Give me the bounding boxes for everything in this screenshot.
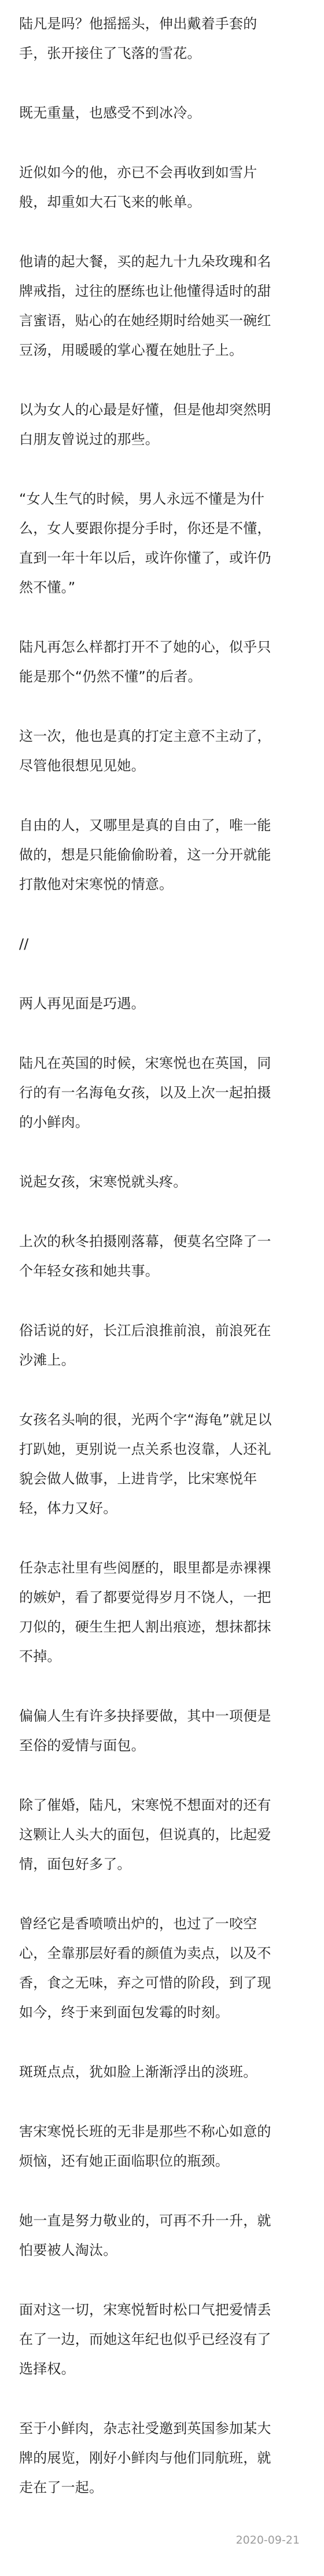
story-paragraph: 陆凡再怎么样都打开不了她的心，似乎只能是那个“仍然不懂”的后者。	[19, 633, 277, 692]
story-paragraph: 说起女孩，宋寒悦就头疼。	[19, 1167, 277, 1197]
story-paragraph: 俗话说的好，长江后浪推前浪，前浪死在沙滩上。	[19, 1316, 277, 1375]
story-paragraph: 上次的秋冬拍摄刚落幕，便莫名空降了一个年轻女孩和她共事。	[19, 1227, 277, 1286]
story-paragraph: 偏偏人生有许多抉择要做，其中一项便是至俗的爱情与面包。	[19, 1702, 277, 1761]
story-paragraph: 他请的起大餐，买的起九十九朵玫瑰和名牌戒指，过往的歷练也让他懂得适时的甜言蜜语，…	[19, 247, 277, 365]
story-paragraph: 自由的人，又哪里是真的自由了，唯一能做的，想是只能偷偷盼着，这一分开就能打散他对…	[19, 811, 277, 899]
story-paragraph: 至于小鲜肉，杂志社受邀到英国参加某大牌的展览，刚好小鲜肉与他们同航班，就走在了一…	[19, 2414, 277, 2502]
publish-date: 2020-09-21	[19, 2533, 300, 2548]
story-paragraph: 害宋寒悦长班的无非是那些不称心如意的烦恼，还有她正面临职位的瓶颈。	[19, 2117, 277, 2176]
story-paragraph: “女人生气的时候，男人永远不懂是为什么，女人要跟你提分手时，你还是不懂，直到一年…	[19, 484, 277, 602]
story-paragraph: 女孩名头响的很，光两个字“海龟”就足以打趴她，更别说一点关系也沒靠，人还礼貌会做…	[19, 1405, 277, 1523]
story-paragraph: //	[19, 929, 277, 959]
story-paragraph: 斑斑点点，犹如脸上渐渐浮出的淡班。	[19, 2057, 277, 2087]
story-paragraph: 这一次，他也是真的打定主意不主动了，尽管他很想见见她。	[19, 722, 277, 781]
story-paragraph: 除了催婚，陆凡，宋寒悦不想面对的还有这颗让人头大的面包，但说真的，比起爱情，面包…	[19, 1791, 277, 1879]
story-paragraph: 她一直是努力敬业的，可再不升一升，就怕要被人淘汰。	[19, 2206, 277, 2265]
story-paragraph: 任杂志社里有些阅歷的，眼里都是赤裸裸的嫉妒，看了都要觉得岁月不饶人，一把刀似的，…	[19, 1553, 277, 1671]
story-body: 陆凡是吗？他摇摇头，伸出戴着手套的手，张开接住了飞落的雪花。既无重量，也感受不到…	[19, 9, 300, 2502]
story-paragraph: 陆凡是吗？他摇摇头，伸出戴着手套的手，张开接住了飞落的雪花。	[19, 9, 277, 68]
story-paragraph: 曾经它是香喷喷出炉的，也过了一咬空心，全靠那层好看的颜值为卖点，以及不香，食之无…	[19, 1909, 277, 2027]
story-paragraph: 近似如今的他，亦已不会再收到如雪片般，却重如大石飞来的帐单。	[19, 158, 277, 217]
story-paragraph: 既无重量，也感受不到冰冷。	[19, 98, 277, 128]
story-paragraph: 陆凡在英国的时候，宋寒悦也在英国，同行的有一名海龟女孩，以及上次一起拍摄的小鲜肉…	[19, 1049, 277, 1137]
story-paragraph: 以为女人的心最是好懂，但是他却突然明白朋友曾说过的那些。	[19, 395, 277, 454]
story-paragraph: 面对这一切，宋寒悦暂时松口气把爱情丢在了一边，而她这年纪也似乎已经沒有了选择权。	[19, 2295, 277, 2384]
reading-page: 陆凡是吗？他摇摇头，伸出戴着手套的手，张开接住了飞落的雪花。既无重量，也感受不到…	[0, 0, 324, 2576]
story-paragraph: 两人再见面是巧遇。	[19, 989, 277, 1019]
